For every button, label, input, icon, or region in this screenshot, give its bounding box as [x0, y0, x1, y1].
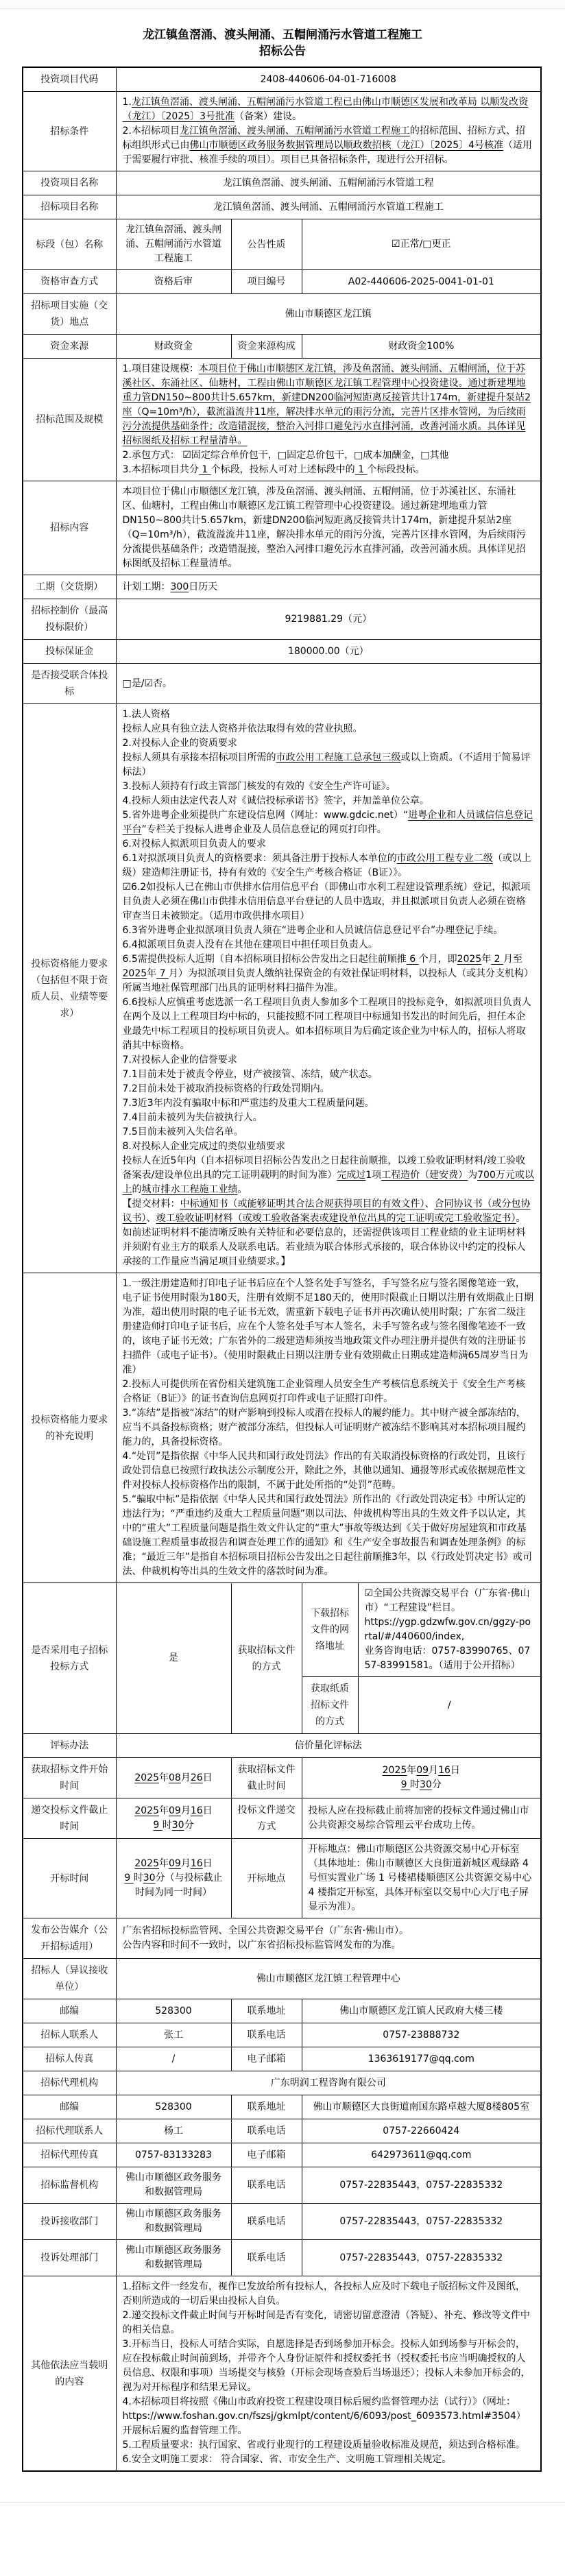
agency-email-value: 642973611@qq.com	[302, 2143, 541, 2167]
paper-doc-value: /	[358, 1677, 541, 1734]
project-code-value: 2408-440606-04-01-716008	[116, 67, 541, 92]
tenderer-contact-label: 招标人联系人	[23, 2023, 116, 2047]
download-url-label: 下载招标文件的网络地址	[302, 1583, 358, 1677]
row-tenderer-postcode: 邮编 528300 联系地址 佛山市顺德区龙江镇人民政府大楼三楼	[23, 1999, 541, 2023]
qualification-supplement-label: 投标资格能力要求的补充说明	[23, 1273, 116, 1583]
row-e-bidding: 是否采用电子招标投标方式 是 获取招标文件的方式 下载招标文件的网络地址 ☑全国…	[23, 1583, 541, 1677]
notice-nature-value: ☑正常/□更正	[302, 219, 541, 270]
construction-period-label: 工期（交货期）	[23, 575, 116, 599]
page-title-line2: 招标公告	[0, 43, 565, 60]
tenderer-fax-label: 招标人传真	[23, 2047, 116, 2071]
complaint-receiver-phone-label: 联系电话	[231, 2204, 302, 2240]
row-other-content: 其他依法应当载明的内容 1.招标文件一经发布，视作已发放给所有投标人，各投标人应…	[23, 2276, 541, 2472]
tender-project-name-label: 招标项目名称	[23, 195, 116, 219]
section-name-label: 标段（包）名称	[23, 219, 116, 270]
opening-place-value: 开标地点：佛山市顺德区公共资源交易中心开标室（具体地址：佛山市顺德区大良街道新城…	[302, 1839, 541, 1918]
tender-notice-table: 投资项目代码 2408-440606-04-01-716008 招标条件 1.龙…	[22, 67, 542, 2472]
row-tenderer-fax: 招标人传真 / 电子邮箱 1363619177@qq.com	[23, 2047, 541, 2071]
row-evaluation-method: 评标办法 信价量化评标法	[23, 1734, 541, 1758]
agency-label: 招标代理机构	[23, 2071, 116, 2095]
complaint-handler-phone-label: 联系电话	[231, 2240, 302, 2276]
tenderer-email-label: 电子邮箱	[231, 2047, 302, 2071]
fund-composition-label: 资金来源构成	[231, 335, 302, 359]
section-name-value: 龙江镇鱼滘涌、渡头闸涌、五帽闸涌污水管道工程施工	[116, 219, 231, 270]
submit-deadline-value: 2025年09月16日9 时30分	[116, 1798, 231, 1839]
announcement-media-label: 发布公告媒介（公开招标适用）	[23, 1918, 116, 1959]
agency-value: 广东明润工程咨询有限公司	[116, 2071, 541, 2095]
row-tender-conditions: 招标条件 1.龙江镇鱼滘涌、渡头闸涌、五帽闸涌污水管道工程已由佛山市顺德区发展和…	[23, 92, 541, 171]
tenderer-address-value: 佛山市顺德区龙江镇人民政府大楼三楼	[302, 1999, 541, 2023]
fund-source-value: 财政资金	[116, 335, 231, 359]
agency-address-label: 联系地址	[231, 2095, 302, 2119]
tenderer-postcode-label: 邮编	[23, 1999, 116, 2023]
complaint-receiver-phone-value: 0757-22835443，0757-22835332	[302, 2204, 541, 2240]
doc-start-time-label: 获取招标文件开始时间	[23, 1758, 116, 1798]
control-price-label: 招标控制价（最高投标限价）	[23, 599, 116, 640]
complaint-handler-label: 投诉处理部门	[23, 2240, 116, 2276]
agency-phone-value: 0757-22660424	[302, 2119, 541, 2143]
supervisor-label: 招标监督机构	[23, 2167, 116, 2204]
row-control-price: 招标控制价（最高投标限价） 9219881.29（元）	[23, 599, 541, 640]
delivery-location-value: 佛山市顺德区龙江镇	[116, 294, 541, 335]
agency-postcode-value: 528300	[116, 2095, 231, 2119]
doc-obtain-method-label: 获取招标文件的方式	[231, 1583, 302, 1734]
submit-method-value: 投标人应在投标截止前将加密的投标文件通过佛山市公共资源交易综合管理云平台成功上传…	[302, 1798, 541, 1839]
row-agency-postcode: 邮编 528300 联系地址 佛山市顺德区大良街道南国东路卓越大厦8楼805室	[23, 2095, 541, 2119]
tenderer-phone-label: 联系电话	[231, 2023, 302, 2047]
construction-period-value: 计划工期：300日历天	[116, 575, 541, 599]
row-complaint-receiver: 投诉接收部门 佛山市顺德区政务服务和数据管理局 联系电话 0757-228354…	[23, 2204, 541, 2240]
project-number-value: A02-440606-2025-0041-01-01	[302, 270, 541, 294]
tenderer-address-label: 联系地址	[231, 1999, 302, 2023]
row-doc-obtain-time: 获取招标文件开始时间 2025年08月26日 获取招标文件截止时间 2025年0…	[23, 1758, 541, 1798]
tenderer-fax-value: /	[116, 2047, 231, 2071]
page-bottom-border	[0, 2502, 565, 2516]
row-fund-source: 资金来源 财政资金 资金来源构成 财政资金100%	[23, 335, 541, 359]
tenderer-phone-value: 0757-23888732	[302, 2023, 541, 2047]
page-top-border	[0, 0, 565, 9]
project-code-label: 投资项目代码	[23, 67, 116, 92]
row-bidder-qualification: 投标资格能力要求（包括但不限于资质人员、业绩等要求） 1.法人资格投标人应具有独…	[23, 704, 541, 1273]
row-submit-deadline: 递交投标文件截止时间 2025年09月16日9 时30分 投标文件递交方式 投标…	[23, 1798, 541, 1839]
agency-address-value: 佛山市顺德区大良街道南国东路卓越大厦8楼805室	[302, 2095, 541, 2119]
control-price-value: 9219881.29（元）	[116, 599, 541, 640]
qualification-supplement-value: 1.一级注册建造师打印电子证书后应在个人签名处手写签名，手写签名应与签名图像笔迹…	[116, 1273, 541, 1583]
bidder-qualification-value: 1.法人资格投标人应具有独立法人资格并依法取得有效的营业执照。2.对投标人企业的…	[116, 704, 541, 1273]
doc-end-time-value: 2025年09月16日9 时30分	[302, 1758, 541, 1798]
row-tender-scope: 招标范围及规模 1.项目建设规模：本项目位于佛山市顺德区龙江镇，涉及鱼滘涌、渡头…	[23, 359, 541, 481]
row-investment-project-name: 投资项目名称 龙江镇鱼滘涌、渡头闸涌、五帽闸涌污水管道工程	[23, 171, 541, 195]
row-supervisor: 招标监督机构 佛山市顺德区政务服务和数据管理局 联系电话 0757-228354…	[23, 2167, 541, 2204]
notice-nature-label: 公告性质	[231, 219, 302, 270]
complaint-handler-value: 佛山市顺德区政务服务和数据管理局	[116, 2240, 231, 2276]
agency-contact-value: 杨工	[116, 2119, 231, 2143]
investment-project-name-value: 龙江镇鱼滘涌、渡头闸涌、五帽闸涌污水管道工程	[116, 171, 541, 195]
doc-start-time-value: 2025年08月26日	[116, 1758, 231, 1798]
tender-conditions-label: 招标条件	[23, 92, 116, 171]
announcement-media-value: 广东省招标投标监管网、全国公共资源交易平台（广东省·佛山市）。公告内容和时间不一…	[116, 1918, 541, 1959]
doc-end-time-label: 获取招标文件截止时间	[231, 1758, 302, 1798]
opening-place-label: 开标地点	[231, 1839, 302, 1918]
submit-method-label: 投标文件递交方式	[231, 1798, 302, 1839]
consortium-bidding-label: 是否接受联合体投标	[23, 664, 116, 704]
e-bidding-value: 是	[116, 1583, 231, 1734]
row-tender-content: 招标内容 本项目位于佛山市顺德区龙江镇，涉及鱼滘涌、渡头闸涌、五帽闸涌，位于苏溪…	[23, 481, 541, 575]
project-number-label: 项目编号	[231, 270, 302, 294]
tender-project-name-value: 龙江镇鱼滘涌、渡头闸涌、五帽闸涌污水管道工程施工	[116, 195, 541, 219]
row-bid-bond: 投标保证金 180000.00（元）	[23, 640, 541, 664]
agency-phone-label: 联系电话	[231, 2119, 302, 2143]
evaluation-method-value: 信价量化评标法	[116, 1734, 541, 1758]
agency-postcode-label: 邮编	[23, 2095, 116, 2119]
delivery-location-label: 招标项目实施（交货）地点	[23, 294, 116, 335]
complaint-receiver-value: 佛山市顺德区政务服务和数据管理局	[116, 2204, 231, 2240]
row-agency-fax: 招标代理传真 0757-83133283 电子邮箱 642973611@qq.c…	[23, 2143, 541, 2167]
bid-bond-label: 投标保证金	[23, 640, 116, 664]
agency-contact-label: 招标代理联系人	[23, 2119, 116, 2143]
complaint-handler-phone-value: 0757-22835443，0757-22835332	[302, 2240, 541, 2276]
row-qualification-mode: 资格审查方式 资格后审 项目编号 A02-440606-2025-0041-01…	[23, 270, 541, 294]
tenderer-postcode-value: 528300	[116, 1999, 231, 2023]
row-consortium-bidding: 是否接受联合体投标 □是/☑否。	[23, 664, 541, 704]
e-bidding-label: 是否采用电子招标投标方式	[23, 1583, 116, 1734]
row-agency-contact: 招标代理联系人 杨工 联系电话 0757-22660424	[23, 2119, 541, 2143]
row-qualification-supplement: 投标资格能力要求的补充说明 1.一级注册建造师打印电子证书后应在个人签名处手写签…	[23, 1273, 541, 1583]
opening-time-label: 开标时间	[23, 1839, 116, 1918]
complaint-receiver-label: 投诉接收部门	[23, 2204, 116, 2240]
paper-doc-label: 获取纸质招标文件的方式	[302, 1677, 358, 1734]
tender-scope-label: 招标范围及规模	[23, 359, 116, 481]
tenderer-value: 佛山市顺德区龙江镇工程管理中心	[116, 1959, 541, 1999]
page-title-line1: 龙江镇鱼滘涌、渡头闸涌、五帽闸涌污水管道工程施工	[0, 27, 565, 43]
qualification-mode-value: 资格后审	[116, 270, 231, 294]
agency-email-label: 电子邮箱	[231, 2143, 302, 2167]
row-announcement-media: 发布公告媒介（公开招标适用） 广东省招标投标监管网、全国公共资源交易平台（广东省…	[23, 1918, 541, 1959]
row-delivery-location: 招标项目实施（交货）地点 佛山市顺德区龙江镇	[23, 294, 541, 335]
agency-fax-value: 0757-83133283	[116, 2143, 231, 2167]
page-title: 龙江镇鱼滘涌、渡头闸涌、五帽闸涌污水管道工程施工 招标公告	[0, 27, 565, 60]
row-construction-period: 工期（交货期） 计划工期：300日历天	[23, 575, 541, 599]
opening-time-value: 2025年09月16日9 时30分（与投标截止时间为同一时间）	[116, 1839, 231, 1918]
supervisor-phone-label: 联系电话	[231, 2167, 302, 2204]
bidder-qualification-label: 投标资格能力要求（包括但不限于资质人员、业绩等要求）	[23, 704, 116, 1273]
tenderer-label: 招标人（异议接收单位）	[23, 1959, 116, 1999]
download-url-value: ☑全国公共资源交易平台（广东省·佛山市）“工程建设”栏目。https://ygp…	[358, 1583, 541, 1677]
tender-conditions-value: 1.龙江镇鱼滘涌、渡头闸涌、五帽闸涌污水管道工程已由佛山市顺德区发展和改革局 以…	[116, 92, 541, 171]
other-content-value: 1.招标文件一经发布，视作已发放给所有投标人，各投标人应及时下载电子版招标文件及…	[116, 2276, 541, 2472]
tender-scope-value: 1.项目建设规模：本项目位于佛山市顺德区龙江镇，涉及鱼滘涌、渡头闸涌、五帽闸涌，…	[116, 359, 541, 481]
row-tenderer: 招标人（异议接收单位） 佛山市顺德区龙江镇工程管理中心	[23, 1959, 541, 1999]
row-agency: 招标代理机构 广东明润工程咨询有限公司	[23, 2071, 541, 2095]
fund-composition-value: 财政资金100%	[302, 335, 541, 359]
row-tender-project-name: 招标项目名称 龙江镇鱼滘涌、渡头闸涌、五帽闸涌污水管道工程施工	[23, 195, 541, 219]
tenderer-contact-value: 张工	[116, 2023, 231, 2047]
tender-content-value: 本项目位于佛山市顺德区龙江镇，涉及鱼滘涌、渡头闸涌、五帽闸涌，位于苏溪社区、东涌…	[116, 481, 541, 575]
agency-fax-label: 招标代理传真	[23, 2143, 116, 2167]
evaluation-method-label: 评标办法	[23, 1734, 116, 1758]
consortium-bidding-value: □是/☑否。	[116, 664, 541, 704]
qualification-mode-label: 资格审查方式	[23, 270, 116, 294]
submit-deadline-label: 递交投标文件截止时间	[23, 1798, 116, 1839]
row-complaint-handler: 投诉处理部门 佛山市顺德区政务服务和数据管理局 联系电话 0757-228354…	[23, 2240, 541, 2276]
tenderer-email-value: 1363619177@qq.com	[302, 2047, 541, 2071]
row-bid-opening: 开标时间 2025年09月16日9 时30分（与投标截止时间为同一时间） 开标地…	[23, 1839, 541, 1918]
investment-project-name-label: 投资项目名称	[23, 171, 116, 195]
bid-bond-value: 180000.00（元）	[116, 640, 541, 664]
row-tenderer-contact: 招标人联系人 张工 联系电话 0757-23888732	[23, 2023, 541, 2047]
row-project-code: 投资项目代码 2408-440606-04-01-716008	[23, 67, 541, 92]
fund-source-label: 资金来源	[23, 335, 116, 359]
other-content-label: 其他依法应当载明的内容	[23, 2276, 116, 2472]
supervisor-value: 佛山市顺德区政务服务和数据管理局	[116, 2167, 231, 2204]
tender-content-label: 招标内容	[23, 481, 116, 575]
supervisor-phone-value: 0757-22835443，0757-22835332	[302, 2167, 541, 2204]
row-section-name: 标段（包）名称 龙江镇鱼滘涌、渡头闸涌、五帽闸涌污水管道工程施工 公告性质 ☑正…	[23, 219, 541, 270]
